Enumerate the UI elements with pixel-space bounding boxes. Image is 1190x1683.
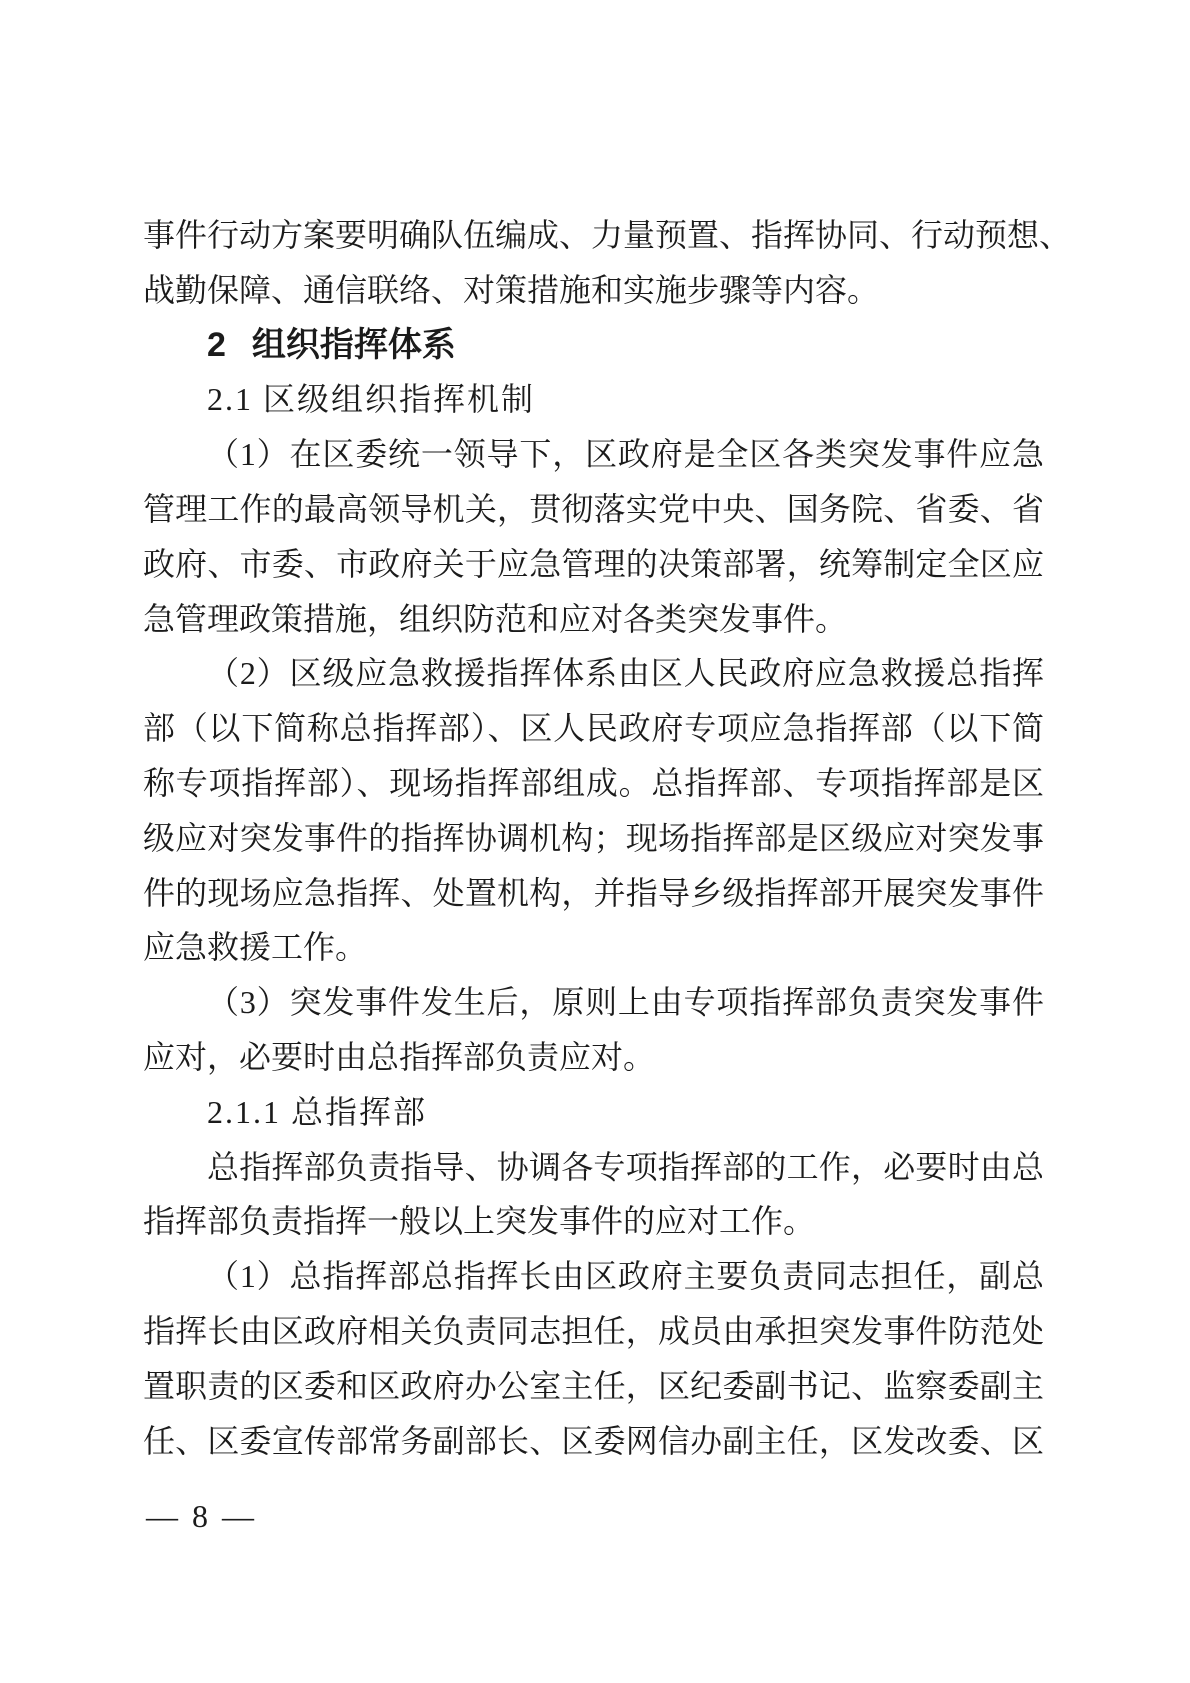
text-line: 部（以下简称总指挥部）、区人民政府专项应急指挥部（以下简 (143, 701, 1044, 756)
text-line: 战勤保障、通信联络、对策措施和实施步骤等内容。 (143, 263, 1044, 318)
text-line: 急管理政策措施，组织防范和应对各类突发事件。 (143, 592, 1044, 647)
subsection-heading: 2.1 区级组织指挥机制 (143, 372, 1044, 427)
text-line: （1）总指挥部总指挥长由区政府主要负责同志担任，副总 (143, 1249, 1044, 1304)
text-line: 指挥长由区政府相关负责同志担任，成员由承担突发事件防范处 (143, 1304, 1044, 1359)
text-line: 总指挥部负责指导、协调各专项指挥部的工作，必要时由总 (143, 1140, 1044, 1195)
text-line: （1）在区委统一领导下，区政府是全区各类突发事件应急 (143, 427, 1044, 482)
heading-title: 组织指挥体系 (252, 326, 456, 364)
text-line: 件的现场应急指挥、处置机构，并指导乡级指挥部开展突发事件 (143, 866, 1044, 921)
document-page: 事件行动方案要明确队伍编成、力量预置、指挥协同、行动预想、战勤保障、通信联络、对… (0, 0, 1190, 1683)
page-number: — 8 — (146, 1489, 257, 1544)
text-line: （3）突发事件发生后，原则上由专项指挥部负责突发事件 (143, 975, 1044, 1030)
text-line: 称专项指挥部）、现场指挥部组成。总指挥部、专项指挥部是区 (143, 756, 1044, 811)
text-line: 级应对突发事件的指挥协调机构；现场指挥部是区级应对突发事 (143, 811, 1044, 866)
section-heading: 2组织指挥体系 (143, 318, 1044, 373)
heading-number: 2 (207, 326, 226, 364)
text-line: 置职责的区委和区政府办公室主任，区纪委副书记、监察委副主 (143, 1359, 1044, 1414)
text-line: 政府、市委、市政府关于应急管理的决策部署，统筹制定全区应 (143, 537, 1044, 592)
text-line: 任、区委宣传部常务副部长、区委网信办副主任，区发改委、区 (143, 1414, 1044, 1469)
text-line: 应急救援工作。 (143, 920, 1044, 975)
text-line: 指挥部负责指挥一般以上突发事件的应对工作。 (143, 1194, 1044, 1249)
document-lines: 事件行动方案要明确队伍编成、力量预置、指挥协同、行动预想、战勤保障、通信联络、对… (143, 208, 1044, 1468)
text-line: 事件行动方案要明确队伍编成、力量预置、指挥协同、行动预想、 (143, 208, 1044, 263)
text-line: 管理工作的最高领导机关，贯彻落实党中央、国务院、省委、省 (143, 482, 1044, 537)
subsection-heading: 2.1.1 总指挥部 (143, 1085, 1044, 1140)
text-line: （2）区级应急救援指挥体系由区人民政府应急救援总指挥 (143, 646, 1044, 701)
text-line: 应对，必要时由总指挥部负责应对。 (143, 1030, 1044, 1085)
